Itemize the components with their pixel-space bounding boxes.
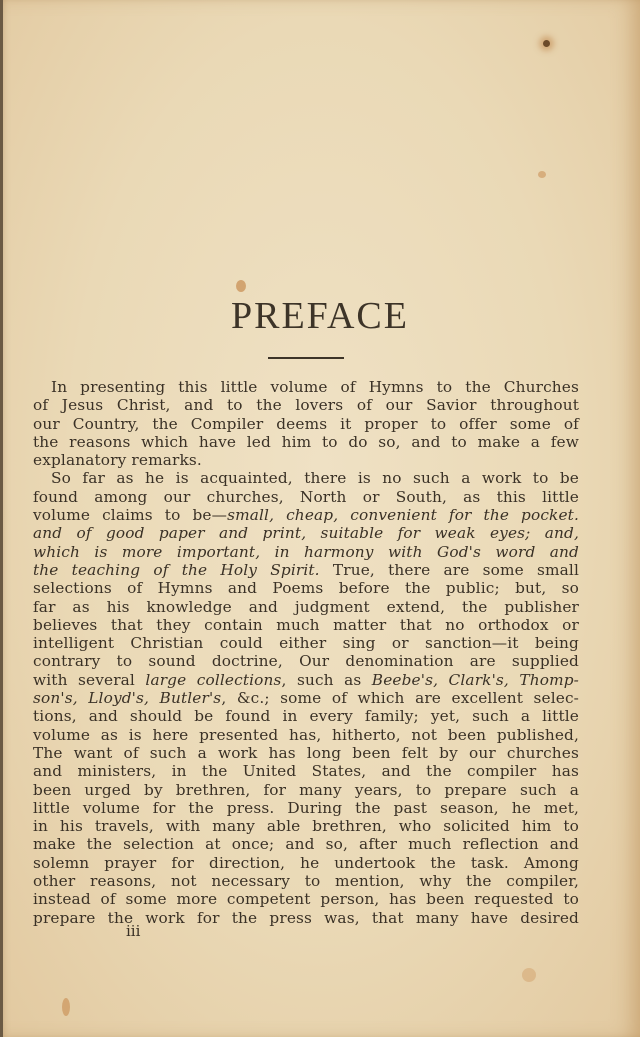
text-line: other reasons, not necessary to mention,…: [33, 872, 579, 890]
text-line: prepare the work for the press was, that…: [33, 909, 579, 927]
text-line: explanatory remarks.: [33, 451, 579, 469]
text-line: of Jesus Christ, and to the lovers of ou…: [33, 396, 579, 414]
page-edge: [0, 0, 3, 1037]
text-line: the teaching of the Holy Spirit. True, t…: [33, 561, 579, 579]
text-line: instead of some more competent person, h…: [33, 890, 579, 908]
text-line: intelligent Christian could either sing …: [33, 634, 579, 652]
text-line: believes that they contain much matter t…: [33, 616, 579, 634]
text-line: So far as he is acquainted, there is no …: [33, 469, 579, 487]
text-line: tions, and should be found in every fami…: [33, 707, 579, 725]
italic-span: Beebe's, Clark's, Thomp-: [372, 671, 579, 689]
text-line: and of good paper and print, suitable fo…: [33, 524, 579, 542]
text-line: our Country, the Compiler deems it prope…: [33, 415, 579, 433]
text-line: make the selection at once; and so, afte…: [33, 835, 579, 853]
foxing-spot: [543, 40, 550, 47]
text-span: , &c.; some of which are excellent selec…: [221, 689, 579, 707]
text-line: volume claims to be—small, cheap, conven…: [33, 506, 579, 524]
page-number: iii: [126, 922, 140, 940]
text-line: with several large collections, such as …: [33, 671, 579, 689]
text-line: the reasons which have led him to do so,…: [33, 433, 579, 451]
page-title: PREFACE: [0, 294, 640, 338]
foxing-spot: [236, 280, 246, 292]
foxing-spot: [538, 171, 546, 178]
text-span: True, there are some small: [320, 561, 579, 579]
foxing-spot: [522, 968, 536, 982]
italic-span: small, cheap, convenient for the pocket.: [227, 506, 579, 524]
text-line: solemn prayer for direction, he undertoo…: [33, 854, 579, 872]
text-line: been urged by brethren, for many years, …: [33, 781, 579, 799]
text-line: and ministers, in the United States, and…: [33, 762, 579, 780]
text-line: son's, Lloyd's, Butler's, &c.; some of w…: [33, 689, 579, 707]
text-line: selections of Hymns and Poems before the…: [33, 579, 579, 597]
text-line: which is more important, in harmony with…: [33, 543, 579, 561]
text-line: volume as is here presented has, hithert…: [33, 726, 579, 744]
foxing-spot: [62, 998, 70, 1016]
italic-span: large collections: [145, 671, 281, 689]
text-line: found among our churches, North or South…: [33, 488, 579, 506]
text-line: in his travels, with many able brethren,…: [33, 817, 579, 835]
italic-span: the teaching of the Holy Spirit.: [33, 561, 320, 579]
book-page: PREFACE In presenting this little volume…: [0, 0, 640, 1037]
text-line: contrary to sound doctrine, Our denomina…: [33, 652, 579, 670]
text-span: , such as: [282, 671, 372, 689]
text-span: with several: [33, 671, 145, 689]
text-line: far as his knowledge and judgment extend…: [33, 598, 579, 616]
title-rule: [268, 357, 344, 359]
text-line: In presenting this little volume of Hymn…: [33, 378, 579, 396]
text-line: little volume for the press. During the …: [33, 799, 579, 817]
text-span: volume claims to be—: [33, 506, 227, 524]
preface-text: In presenting this little volume of Hymn…: [33, 378, 579, 927]
text-line: The want of such a work has long been fe…: [33, 744, 579, 762]
italic-span: son's, Lloyd's, Butler's: [33, 689, 221, 707]
